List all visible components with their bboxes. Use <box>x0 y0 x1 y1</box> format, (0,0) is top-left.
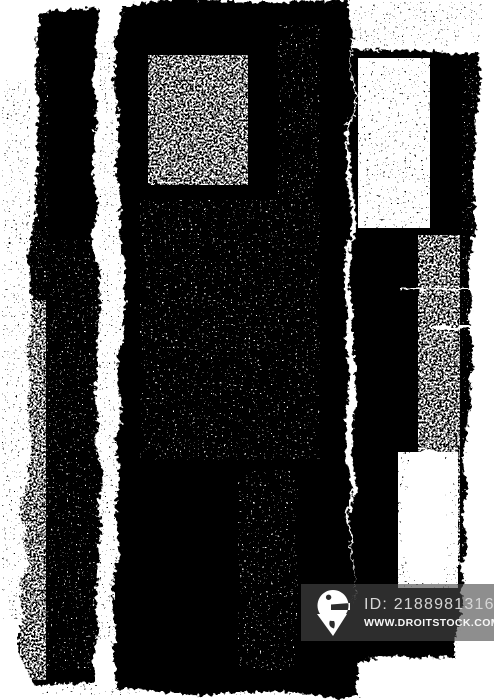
watermark-id-text: ID: 2188981316 <box>364 596 494 614</box>
watermark-band: ID: 2188981316 WWW.DROITSTOCK.COM <box>301 584 494 641</box>
grunge-texture-image: ID: 2188981316 WWW.DROITSTOCK.COM <box>0 0 494 700</box>
watermark-website-text: WWW.DROITSTOCK.COM <box>364 617 494 630</box>
droitstock-chameleon-logo-icon <box>309 587 355 639</box>
